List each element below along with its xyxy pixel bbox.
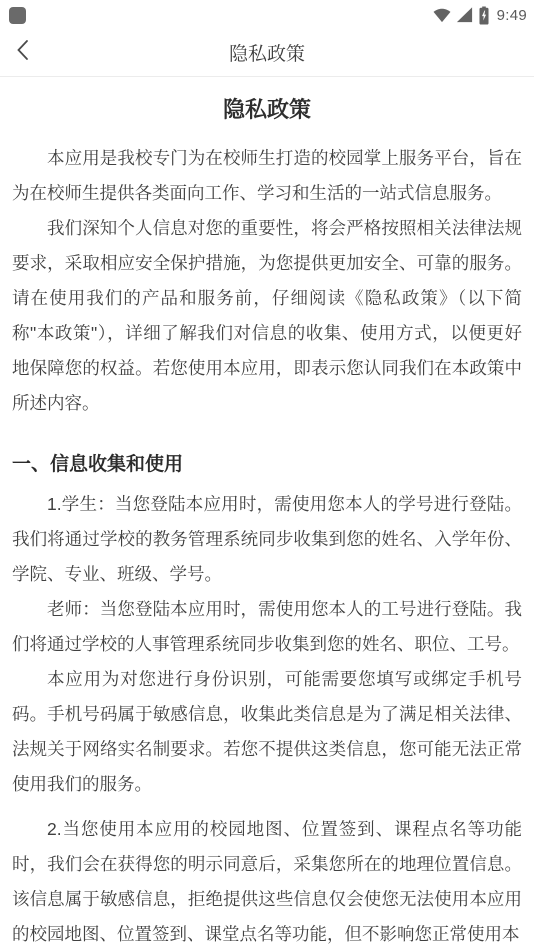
- app-notification-icon: [9, 7, 26, 24]
- intro-paragraph: 本应用是我校专门为在校师生打造的校园掌上服务平台，旨在为在校师生提供各类面向工作…: [12, 141, 522, 211]
- back-button[interactable]: [14, 28, 48, 76]
- page-title: 隐私政策: [229, 39, 305, 66]
- section-1-paragraph: 老师：当您登陆本应用时，需使用您本人的工号进行登陆。我们将通过学校的人事管理系统…: [12, 592, 522, 662]
- status-bar: 9:49: [0, 0, 534, 28]
- intro-paragraph: 我们深知个人信息对您的重要性，将会严格按照相关法律法规要求，采取相应安全保护措施…: [12, 211, 522, 421]
- section-1-paragraph: 本应用为对您进行身份识别，可能需要您填写或绑定手机号码。手机号码属于敏感信息，收…: [12, 662, 522, 802]
- nav-bar: 隐私政策: [0, 28, 534, 77]
- battery-charging-icon: [478, 6, 490, 25]
- section-1-heading: 一、信息收集和使用: [12, 453, 522, 477]
- policy-scroll-area[interactable]: 隐私政策 本应用是我校专门为在校师生打造的校园掌上服务平台，旨在为在校师生提供各…: [0, 97, 534, 950]
- back-chevron-icon: [14, 38, 32, 67]
- status-time: 9:49: [497, 7, 527, 24]
- status-icons: 9:49: [433, 6, 527, 25]
- document-title: 隐私政策: [12, 97, 522, 123]
- wifi-icon: [433, 7, 451, 23]
- section-1-paragraph: 1.学生：当您登陆本应用时，需使用您本人的学号进行登陆。我们将通过学校的教务管理…: [12, 487, 522, 592]
- cellular-signal-icon: [456, 7, 473, 23]
- section-1-paragraph: 2.当您使用本应用的校园地图、位置签到、课程点名等功能时，我们会在获得您的明示同…: [12, 812, 522, 950]
